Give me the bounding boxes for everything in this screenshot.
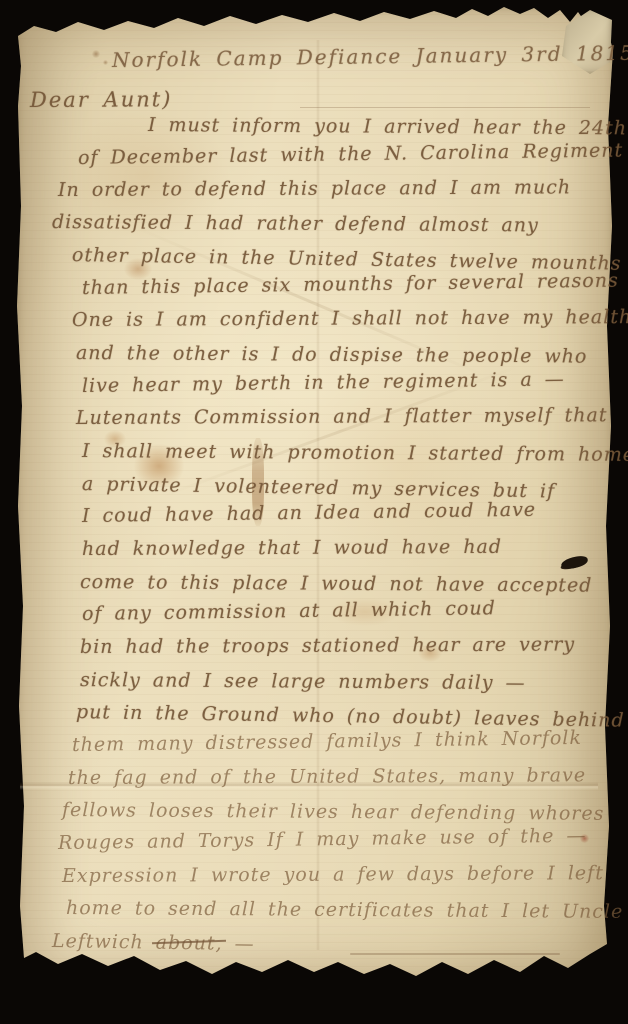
letter-line: come to this place I woud not have accep…: [80, 571, 593, 597]
pen-flourish: [350, 953, 560, 955]
letter-line: home to send all the certificates that I…: [66, 897, 623, 923]
letter-line: fellows looses their lives hear defendin…: [62, 799, 605, 825]
letter-line: bin had the troops stationed hear are ve…: [80, 633, 575, 658]
letter-line: I shall meet with promotion I started fr…: [82, 440, 628, 466]
letter-line: the fag end of the United States, many b…: [68, 764, 586, 789]
letter-line: One is I am confident I shall not have m…: [72, 306, 628, 331]
photograph-background: Norfolk Camp Defiance January 3rd 1815 D…: [0, 0, 628, 1024]
letter-line: had knowledge that I woud have had: [82, 536, 502, 560]
letter-line: I must inform you I arrived hear the 24t…: [148, 114, 628, 140]
letter-line: Lutenants Commission and I flatter mysel…: [76, 404, 608, 429]
letter-salutation: Dear Aunt): [30, 87, 172, 112]
letter-line: dissatisfied I had rather defend almost …: [52, 211, 539, 236]
letter-line: In order to defend this place and I am m…: [58, 176, 571, 201]
letter-line: sickly and I see large numbers daily —: [80, 669, 526, 694]
letter-line: and the other is I do dispise the people…: [76, 342, 588, 368]
letter-line: Expression I wrote you a few days before…: [62, 862, 604, 887]
